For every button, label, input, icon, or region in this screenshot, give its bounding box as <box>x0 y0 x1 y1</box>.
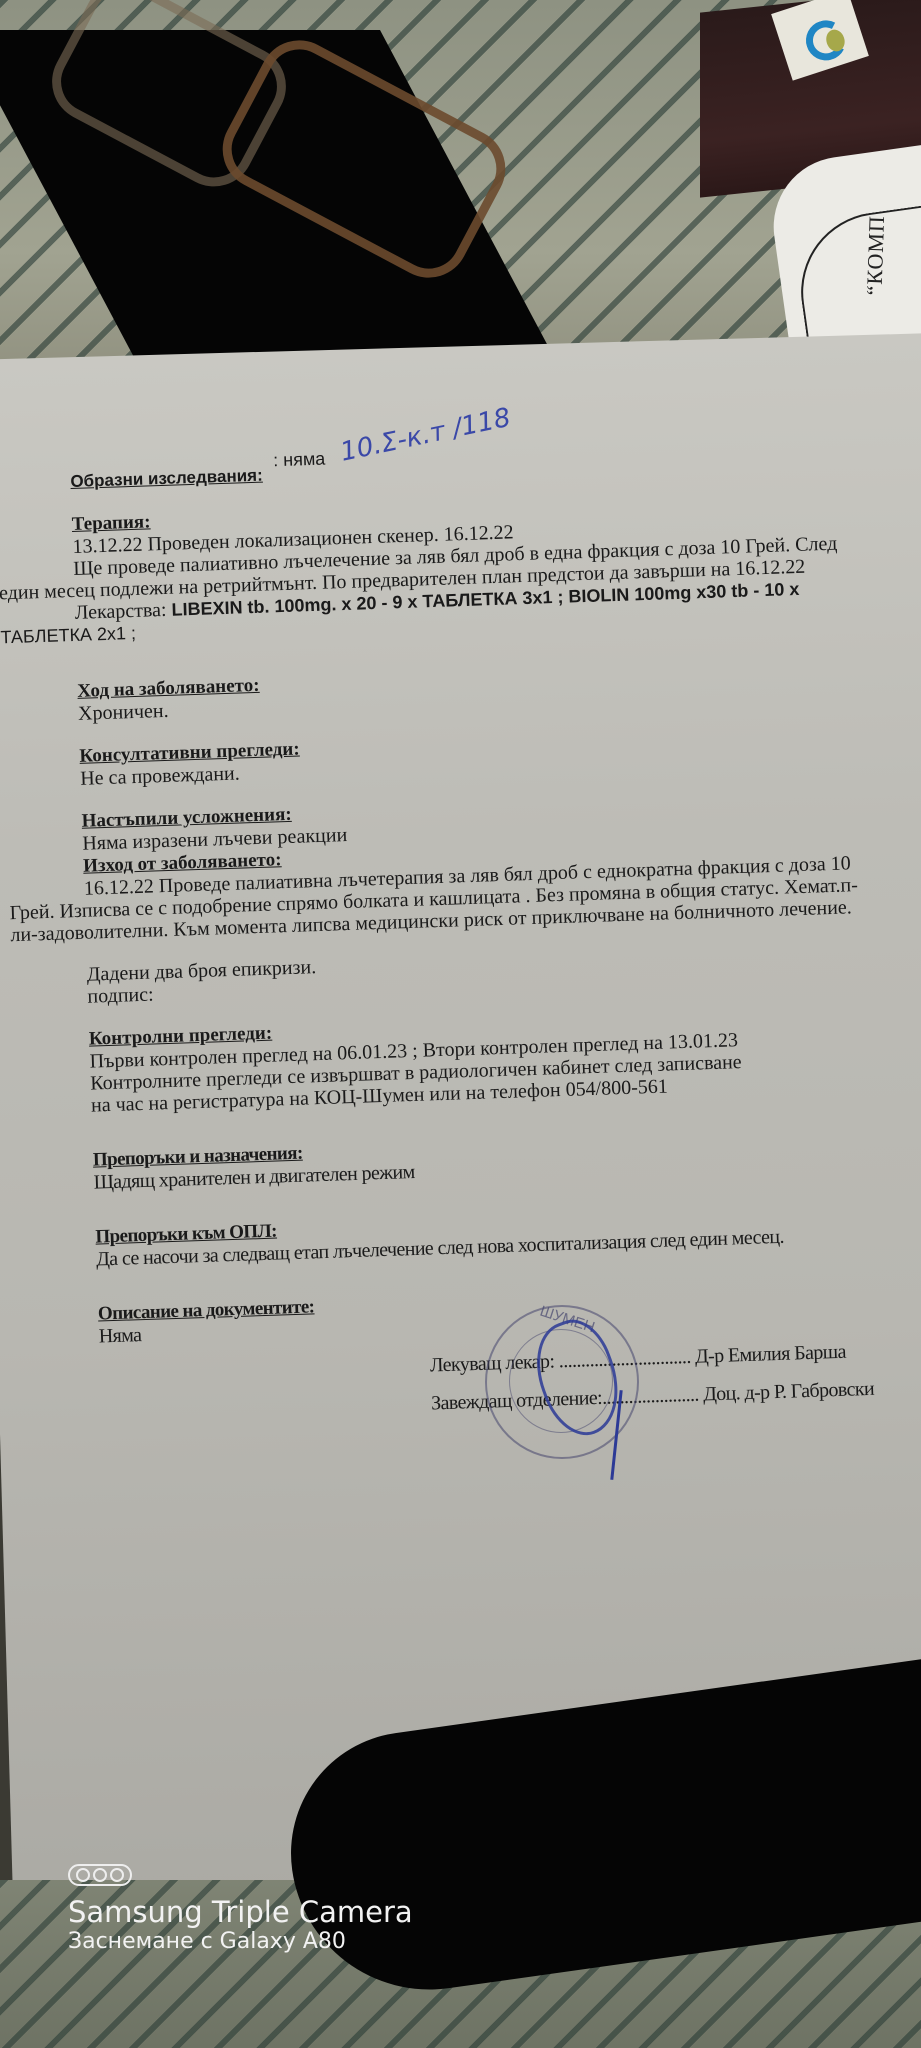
watermark-subtitle: Заснемане с Galaxy A80 <box>68 1929 413 1955</box>
therapy-section: Терапия: 13.12.22 Проведен локализационе… <box>71 484 921 645</box>
discharge-document: Образни изследвания: : няма Терапия: 13.… <box>70 441 921 1425</box>
disease-course-section: Ход на заболяването: Хроничен. <box>77 651 921 724</box>
lens-icon <box>76 1868 90 1882</box>
medications-label: Лекарства: <box>74 599 167 624</box>
epicrisis-section: Дадени два броя епикризи. подпис: 10.Σ-к… <box>86 935 921 1007</box>
imaging-heading: Образни изследвания: <box>70 466 263 491</box>
imaging-value: : няма <box>273 449 326 471</box>
therapy-heading: Терапия: <box>71 511 150 535</box>
watermark-title: Samsung Triple Camera <box>68 1895 413 1929</box>
consultations-section: Консултативни прегледи: Не са провеждани… <box>79 716 921 789</box>
camera-watermark: Samsung Triple Camera Заснемане с Galaxy… <box>68 1864 413 1955</box>
booklet-title: “КОМП <box>861 215 890 296</box>
recommendations-section: Препоръки и назначения: Щадящ хранителен… <box>93 1120 921 1193</box>
lens-icon <box>110 1868 124 1882</box>
gp-recommendations-section: Препоръки към ОПЛ: Да се насочи за следв… <box>95 1197 921 1270</box>
treating-doctor-name: Д-р Емилия Барша <box>695 1341 846 1368</box>
lens-icon <box>93 1868 107 1882</box>
triple-camera-icon <box>68 1864 132 1886</box>
follow-ups-section: Контролни прегледи: Първи контролен прег… <box>89 999 921 1116</box>
